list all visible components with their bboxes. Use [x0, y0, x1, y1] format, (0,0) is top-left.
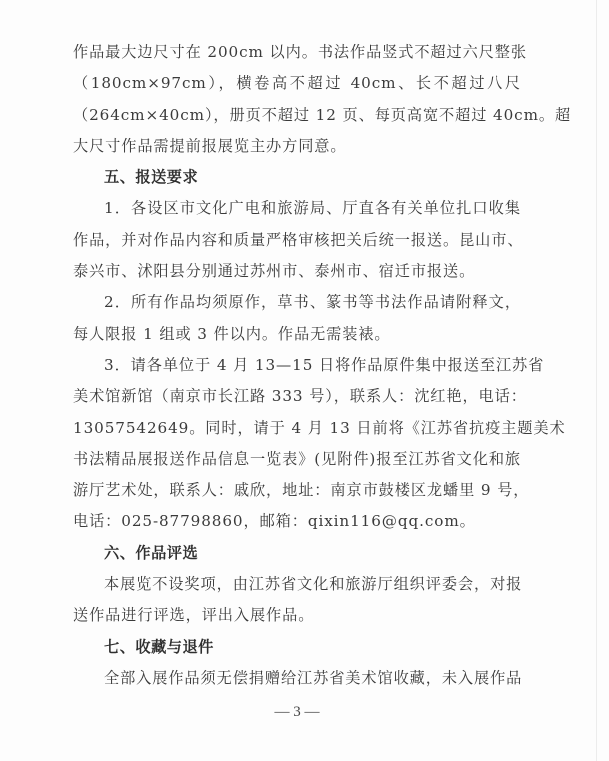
section-heading-collection: 七、收藏与退件: [73, 632, 521, 663]
section-heading-evaluation: 六、作品评选: [73, 538, 521, 569]
body-line: 泰兴市、沭阳县分别通过苏州市、泰州市、宿迁市报送。: [73, 256, 521, 287]
body-line: 全部入展作品须无偿捐赠给江苏省美术馆收藏，未入展作品: [73, 663, 521, 694]
body-line: 本展览不设奖项，由江苏省文化和旅游厅组织评委会，对报: [73, 569, 521, 600]
body-line: 作品最大边尺寸在 200cm 以内。书法作品竖式不超过六尺整张: [73, 37, 521, 68]
body-line: （180cm×97cm），横卷高不超过 40cm、长不超过八尺: [73, 68, 521, 99]
body-line: 每人限报 1 组或 3 件以内。作品无需装裱。: [73, 319, 521, 350]
body-line: 大尺寸作品需提前报展览主办方同意。: [73, 131, 521, 162]
body-line: 送作品进行评选，评出入展作品。: [73, 600, 521, 631]
body-line: （264cm×40cm），册页不超过 12 页、每页高宽不超过 40cm。超: [73, 100, 521, 131]
body-line: 书法精品展报送作品信息一览表》(见附件)报至江苏省文化和旅: [73, 444, 521, 475]
page-edge-shadow: [596, 0, 597, 761]
body-line: 游厅艺术处，联系人：戚欣，地址：南京市鼓楼区龙蟠里 9 号，: [73, 475, 521, 506]
document-page: 作品最大边尺寸在 200cm 以内。书法作品竖式不超过六尺整张 （180cm×9…: [73, 37, 521, 694]
body-line: 13057542649。同时，请于 4 月 13 日前将《江苏省抗疫主题美术: [73, 413, 521, 444]
body-line: 电话：025-87798860，邮箱：qixin116@qq.com。: [73, 506, 521, 537]
section-heading-submission: 五、报送要求: [73, 162, 521, 193]
body-line: 作品，并对作品内容和质量严格审核把关后统一报送。昆山市、: [73, 225, 521, 256]
body-line: 美术馆新馆（南京市长江路 333 号），联系人：沈红艳，电话：: [73, 381, 521, 412]
body-line: 3．请各单位于 4 月 13—15 日将作品原件集中报送至江苏省: [73, 350, 521, 381]
body-line: 2．所有作品均须原作，草书、篆书等书法作品请附释文，: [73, 287, 521, 318]
page-number: — 3 —: [0, 704, 594, 721]
body-line: 1．各设区市文化广电和旅游局、厅直各有关单位扎口收集: [73, 193, 521, 224]
